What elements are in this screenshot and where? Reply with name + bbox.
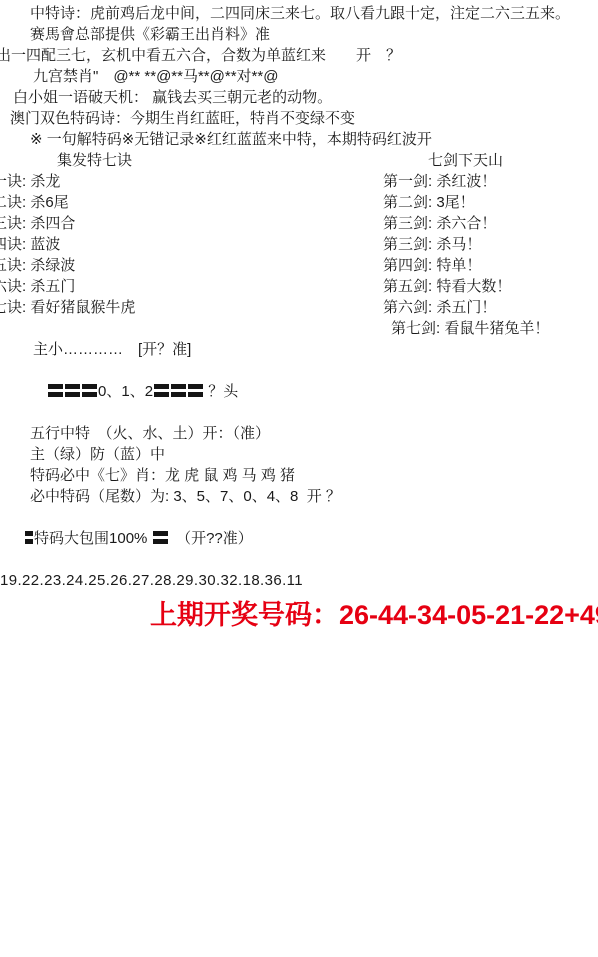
poem-line-3: 出一四配三七，玄机中看五六合，合数为单蓝红来 开 ？ [0,45,598,66]
two-column-block: 一诀: 杀龙 二诀: 杀6尾 三诀: 杀四合 四诀: 蓝波 五诀: 杀绿波 六诀… [0,171,598,339]
full-cover-status: （开??准） [169,530,253,547]
main-small-line: 主小………… [开？准] [0,339,598,360]
poem-line-2: 赛馬會总部提供《彩霸王出肖料》准 [0,24,598,45]
list-item: 第六剑: 杀五门！ [383,297,598,318]
list-item: 第七剑: 看鼠牛猪兔羊！ [383,318,598,339]
five-elements-line: 五行中特 （火、水、土）开：（准） [0,423,598,444]
list-item: 二诀: 杀6尾 [0,192,383,213]
geta-block-icon [25,531,33,544]
geta-block-icon [171,384,186,397]
head-suffix-text: ？头 [204,383,238,400]
seven-zodiac-line: 特码必中《七》肖：龙 虎 鼠 鸡 马 鸡 猪 [0,465,598,486]
column-headers: 集发特七诀 七剑下天山 [0,150,598,171]
list-item: 第三剑: 杀马！ [383,234,598,255]
right-column-title: 七剑下天山 [428,150,503,171]
cover-numbers-line: 19.22.23.24.25.26.27.28.29.30.32.18.36.1… [0,570,598,591]
geta-block-icon [153,531,168,544]
list-item: 第五剑: 特看大数！ [383,276,598,297]
poem-line-5: 白小姐一语破天机： 赢钱去买三朝元老的动物。 [0,87,598,108]
list-item: 一诀: 杀龙 [0,171,383,192]
head-digits-text: 0、1、2 [98,383,153,400]
list-item: 第三剑: 杀六合！ [383,213,598,234]
tail-digits-line: 必中特码（尾数）为: 3、5、7、0、4、8 开 ？ [0,486,598,507]
geta-block-icon [154,384,169,397]
head-digits-line: 0、1、2 ？头 [0,360,598,423]
poem-line-1: 中特诗：虎前鸡后龙中间，二四同床三来七。取八看九跟十定，注定二六三五来。 [0,3,598,24]
list-item: 四诀: 蓝波 [0,234,383,255]
poem-line-7: ※ 一句解特码※无错记录※红红蓝蓝来中特，本期特码红波开 [0,129,598,150]
poem-line-6: 澳门双色特码诗：今期生肖红蓝旺，特肖不变绿不变 [0,108,598,129]
list-item: 七诀: 看好猪鼠猴牛虎 [0,297,383,318]
geta-block-icon [48,384,63,397]
seven-swords-list: 第一剑: 杀红波！ 第二剑: 3尾！ 第三剑: 杀六合！ 第三剑: 杀马！ 第四… [383,171,598,339]
list-item: 五诀: 杀绿波 [0,255,383,276]
last-draw-result: 上期开奖号码：26-44-34-05-21-22+49 [0,599,598,631]
full-cover-line: 特码大包围100% （开??准） [0,507,598,570]
wave-color-line: 主（绿）防（蓝）中 [0,444,598,465]
left-column-title: 集发特七诀 [57,150,132,171]
geta-block-icon [188,384,203,397]
full-cover-label: 特码大包围100% [34,530,152,547]
content-area: 中特诗：虎前鸡后龙中间，二四同床三来七。取八看九跟十定，注定二六三五来。 赛馬會… [0,0,598,631]
list-item: 三诀: 杀四合 [0,213,383,234]
list-item: 六诀: 杀五门 [0,276,383,297]
list-item: 第一剑: 杀红波！ [383,171,598,192]
list-item: 第四剑: 特单！ [383,255,598,276]
geta-block-icon [82,384,97,397]
seven-tips-list: 一诀: 杀龙 二诀: 杀6尾 三诀: 杀四合 四诀: 蓝波 五诀: 杀绿波 六诀… [0,171,383,318]
lottery-tip-sheet: 中特诗：虎前鸡后龙中间，二四同床三来七。取八看九跟十定，注定二六三五来。 赛馬會… [0,0,598,957]
poem-line-4: 九宫禁肖" @** **@**马**@**对**@ [0,66,598,87]
list-item: 第二剑: 3尾！ [383,192,598,213]
geta-block-icon [65,384,80,397]
